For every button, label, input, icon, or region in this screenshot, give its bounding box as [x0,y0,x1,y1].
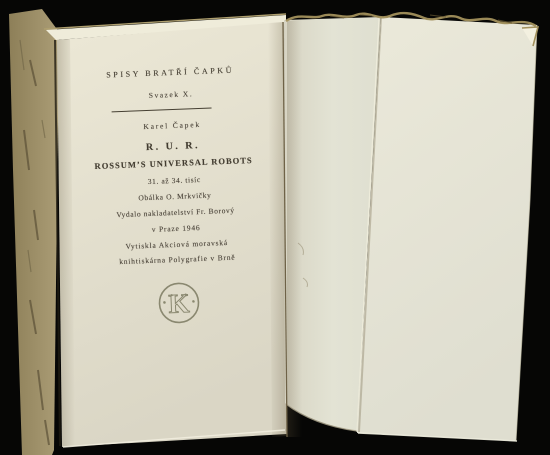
book-subtitle: ROSSUM’S UNIVERSAL ROBOTS [83,155,263,172]
author-name: Karel Čapek [82,118,262,134]
book-photo: SPISY BRATŘÍ ČAPKŮ Svazek X. Karel Čapek… [0,0,550,455]
printers-mark-letter: K [168,288,190,319]
book-title: R. U. R. [83,138,263,156]
cover-credit: Obálka O. Mrkvičky [85,189,265,205]
title-page: SPISY BRATŘÍ ČAPKŮ Svazek X. Karel Čapek… [80,61,271,368]
publisher-line: Vydalo nakladatelství Fr. Borový [85,205,265,221]
printer-line-1: Vytiskla Akciová moravská [87,237,267,253]
divider-rule [112,108,212,113]
place-year: v Praze 1946 [86,221,266,237]
volume-label: Svazek X. [81,87,261,103]
printers-mark-icon: K [155,279,203,327]
printer-line-2: knihtiskárna Polygrafie v Brně [87,252,267,268]
folded-sheet [357,17,537,441]
printing-info: 31. až 34. tisíc [84,173,264,189]
series-title: SPISY BRATŘÍ ČAPKŮ [80,65,260,81]
